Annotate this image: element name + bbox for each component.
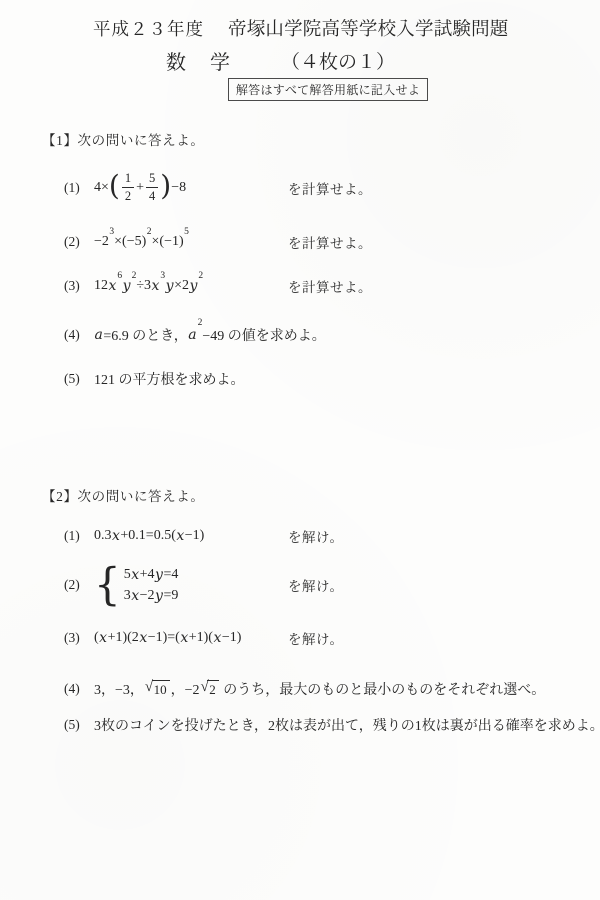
section-2-heading: 【2】次の問いに答えよ。 <box>42 485 204 505</box>
problem-number: (4) <box>64 681 94 697</box>
problem-instruction: を計算せよ。 <box>288 276 372 296</box>
problem-instruction: を解け。 <box>288 526 343 546</box>
problem-instruction: を解け。 <box>288 628 343 648</box>
problem-1-3: (3) 12x6y2÷3x3y×2y2 を計算せよ。 <box>64 278 580 294</box>
problem-formula: 4×(12+54)−8 <box>94 172 186 204</box>
problem-number: (5) <box>64 371 94 387</box>
problem-number: (1) <box>64 180 94 196</box>
problem-text: a=6.9 のとき，a2−49 の値を求めよ。 <box>94 325 326 345</box>
problem-2-4: (4) 3，−3，√10，−2√2 のうち，最大のものと最小のものをそれぞれ選べ… <box>64 679 580 699</box>
exam-page: 平成２３年度 帝塚山学院高等学校入学試験問題 数 学 （４枚の１） 解答はすべて… <box>0 0 600 900</box>
sheet-number: （４枚の１） <box>281 47 395 74</box>
answer-notice-box: 解答はすべて解答用紙に記入せよ <box>228 78 428 101</box>
problem-1-4: (4) a=6.9 のとき，a2−49 の値を求めよ。 <box>64 325 580 345</box>
problem-instruction: を解け。 <box>288 575 343 595</box>
era-year: 平成２３年度 <box>93 16 204 41</box>
problem-number: (1) <box>64 528 94 544</box>
equation-1: 5x+4y=4 <box>124 567 179 583</box>
problem-number: (2) <box>64 577 94 593</box>
brace-glyph: { <box>94 563 121 607</box>
problem-2-2: (2) { 5x+4y=4 3x−2y=9 を解け。 <box>64 561 580 609</box>
problem-number: (5) <box>64 717 94 733</box>
problem-formula: −23×(−5)2×(−1)5 <box>94 234 189 250</box>
problem-2-3: (3) (x+1)(2x−1)=(x+1)(x−1) を解け。 <box>64 630 580 646</box>
problem-text: 3，−3，√10，−2√2 のうち，最大のものと最小のものをそれぞれ選べ。 <box>94 679 545 699</box>
problem-text: 121 の平方根を求めよ。 <box>94 369 245 389</box>
problem-text: 3枚のコインを投げたとき，2枚は表が出て，残りの1枚は裏が出る確率を求めよ。 <box>94 715 600 735</box>
equation-2: 3x−2y=9 <box>124 588 179 604</box>
section-1-heading: 【1】次の問いに答えよ。 <box>42 129 204 149</box>
problem-2-5: (5) 3枚のコインを投げたとき，2枚は表が出て，残りの1枚は裏が出る確率を求め… <box>64 715 580 735</box>
problem-instruction: を計算せよ。 <box>288 178 372 198</box>
problem-1-1: (1) 4×(12+54)−8 を計算せよ。 <box>64 167 580 209</box>
problem-formula: 12x6y2÷3x3y×2y2 <box>94 278 203 294</box>
problem-number: (4) <box>64 327 94 343</box>
problem-1-5: (5) 121 の平方根を求めよ。 <box>64 369 580 389</box>
exam-title: 帝塚山学院高等学校入学試験問題 <box>228 15 509 41</box>
problem-1-2: (2) −23×(−5)2×(−1)5 を計算せよ。 <box>64 234 580 250</box>
problem-number: (3) <box>64 630 94 646</box>
equation-stack: 5x+4y=4 3x−2y=9 <box>124 567 179 604</box>
subject-title: 数 学 <box>166 46 232 75</box>
problem-number: (3) <box>64 278 94 294</box>
equation-system: { 5x+4y=4 3x−2y=9 <box>94 564 178 606</box>
problem-2-1: (1) 0.3x+0.1=0.5(x−1) を解け。 <box>64 528 580 544</box>
problem-formula: 0.3x+0.1=0.5(x−1) <box>94 528 204 544</box>
problem-instruction: を計算せよ。 <box>288 232 372 252</box>
problem-formula: (x+1)(2x−1)=(x+1)(x−1) <box>94 630 241 646</box>
problem-number: (2) <box>64 234 94 250</box>
